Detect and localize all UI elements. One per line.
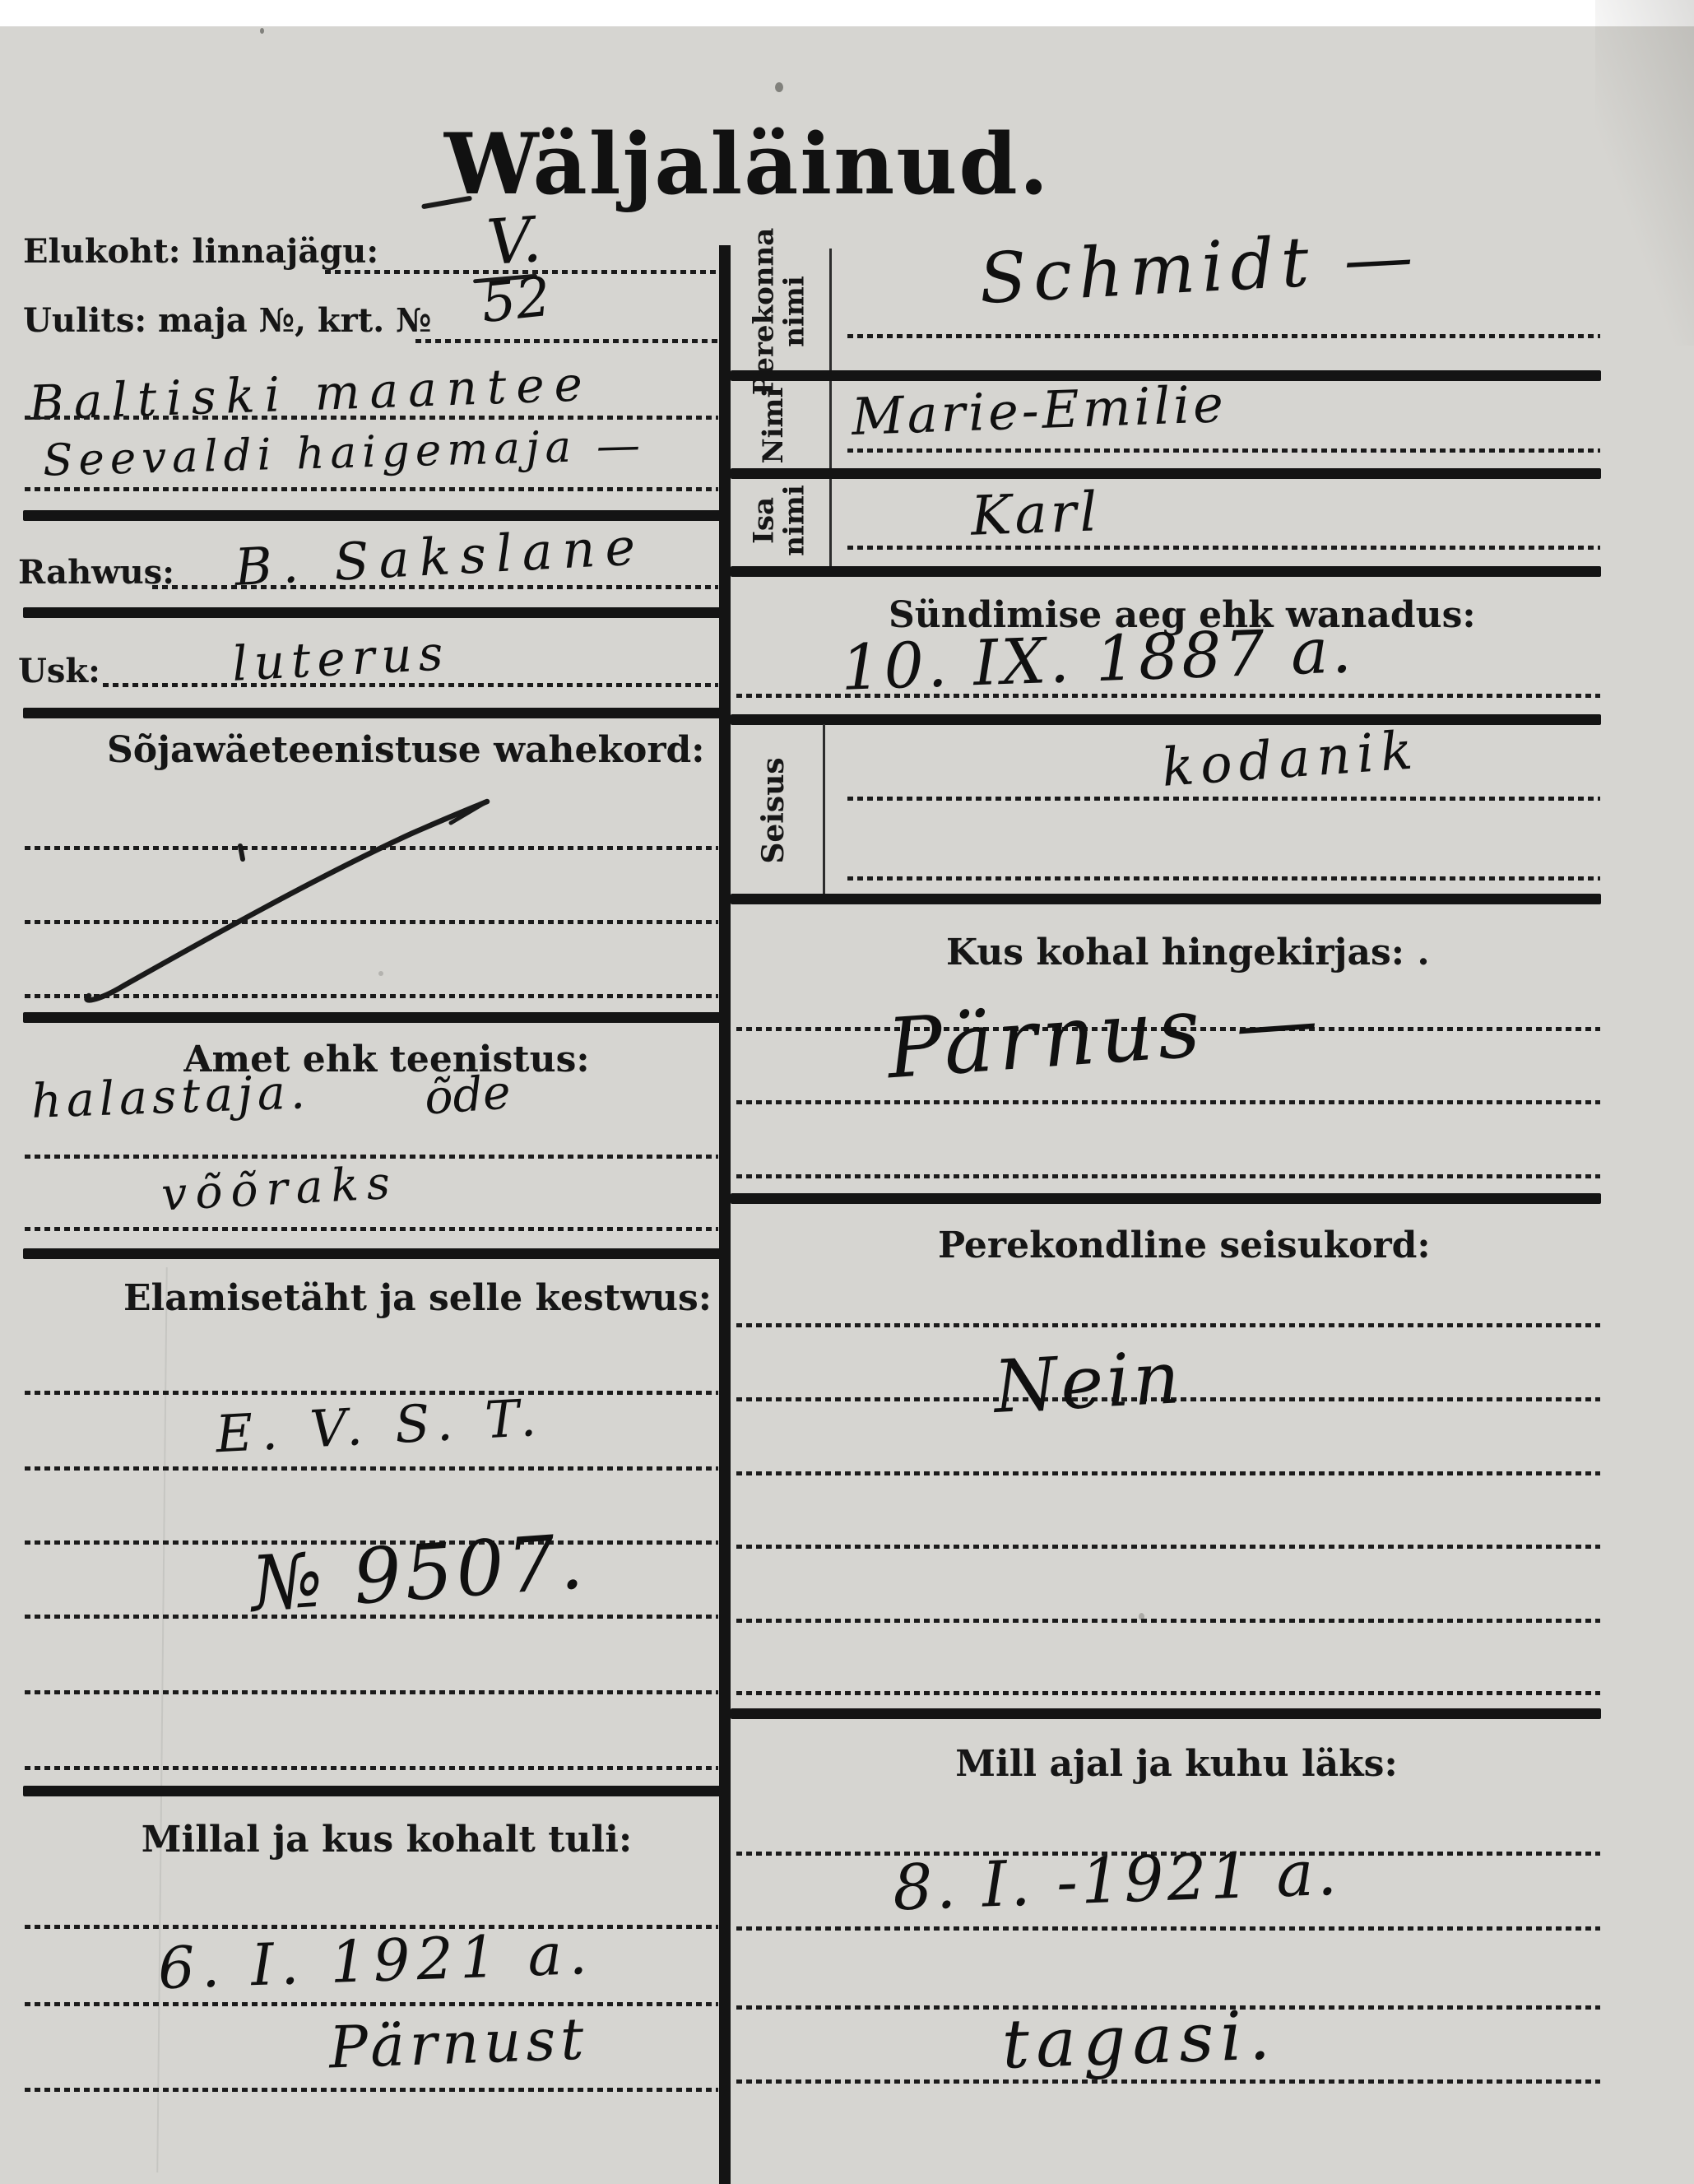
pen-strikethrough [66,788,527,1015]
amet-handwriting-line2: võõraks [160,1156,400,1221]
label-column-divider [829,249,832,569]
uulits-handwriting: 52 [478,265,554,335]
section-rule [23,708,721,718]
perekondline-line4 [736,1545,1600,1549]
paper-crease [156,1267,168,2172]
seisus-handwriting: kodanik [1160,720,1421,799]
section-rule [731,714,1601,725]
perekondline-handwriting: Nein [991,1335,1185,1429]
street-handwriting-line1: Baltiski maantee [28,355,593,431]
label-column-divider [823,724,825,895]
section-rule [731,894,1601,904]
millal-line3 [25,2088,718,2092]
laks-line2 [736,1926,1600,1931]
millal-line2 [25,2002,718,2006]
street-line1-rule [25,416,718,420]
section-rule [731,1708,1601,1719]
column-divider [719,245,731,2184]
elamisetaht-line5 [25,1690,718,1694]
section-rule [23,1786,721,1796]
millal-heading: Millal ja kus kohalt tuli: [132,1819,642,1861]
section-rule [23,607,721,618]
hingekirjas-handwriting: Pärnus — [884,971,1326,1098]
millal-handwriting-date: 6. I. 1921 a. [157,1920,595,2002]
street-line2-rule [25,487,718,491]
section-rule [731,1193,1601,1204]
seisus-line2 [847,876,1600,881]
perekonna-nimi-label: Perekonna nimi [740,242,819,382]
isa-line [847,546,1600,550]
amet-line2 [25,1227,718,1231]
paper-corner-shade [1595,0,1694,346]
nimi-handwriting: Marie-Emilie [851,374,1228,447]
amet-handwriting-word1: halastaja. [30,1065,311,1129]
elamisetaht-line1 [25,1391,718,1395]
isa-nimi-label: Isa nimi [740,476,819,566]
rahwus-label: Rahwus: [18,553,174,592]
perekondline-line1 [736,1323,1600,1327]
paper-speck [260,28,264,34]
nimi-label: Nimi [753,380,794,471]
seisus-label: Seisus [753,745,794,876]
millal-handwriting-place: Pärnust [328,2005,590,2082]
elamisetaht-heading: Elamisetäht ja selle kestwus: [123,1277,642,1319]
perekondline-line6 [736,1691,1600,1695]
isa-handwriting: Karl [970,480,1102,547]
laks-handwriting-place: tagasi. [1000,1996,1278,2084]
perekondline-line5 [736,1619,1600,1623]
elukoht-label: Elukoht: linnajägu: [23,232,378,271]
perekonna-handwriting: Schmidt — [977,216,1422,319]
hingekirjas-line2 [736,1100,1600,1104]
usk-handwriting: luterus [230,625,451,692]
laks-heading: Mill ajal ja kuhu läks: [954,1743,1399,1785]
elamisetaht-line6 [25,1766,718,1770]
military-heading: Sõjawäeteenistuse wahekord: [107,729,642,771]
form-title: Wäljaläinud. [444,115,1045,214]
elamisetaht-line2 [25,1466,718,1471]
laks-line4 [736,2079,1600,2084]
uulits-label: Uulits: maja №, krt. № [23,301,432,340]
registration-card-scan: Wäljaläinud. Elukoht: linnajägu: V. Uuli… [0,0,1694,2184]
elamisetaht-handwriting2: № 9507. [248,1517,589,1629]
street-handwriting-line2: Seevaldi haigemaja — [42,420,646,486]
usk-line [103,683,718,687]
hingekirjas-heading: Kus kohal hingekirjas: . [946,932,1407,974]
section-rule [23,1248,721,1259]
usk-label: Usk: [18,652,100,690]
laks-handwriting-date: 8. I. -1921 a. [892,1836,1342,1925]
paper-speck [775,82,783,92]
seisus-line1 [847,797,1600,801]
section-rule [23,1012,721,1023]
row-rule [731,566,1601,577]
amet-handwriting-word2: õde [423,1065,513,1125]
row-rule [731,468,1601,479]
elamisetaht-line4 [25,1615,718,1619]
perekonna-line [847,334,1600,338]
perekondline-heading: Perekondline seisukord: [938,1224,1415,1266]
uulits-line [415,339,718,343]
elamisetaht-handwriting1: E. V. S. T. [214,1387,545,1465]
sundimise-line [736,694,1600,698]
rahwus-line [152,585,718,589]
nimi-line [847,448,1600,453]
hingekirjas-line3 [736,1174,1600,1178]
scan-top-edge [0,0,1694,26]
perekondline-line3 [736,1471,1600,1475]
